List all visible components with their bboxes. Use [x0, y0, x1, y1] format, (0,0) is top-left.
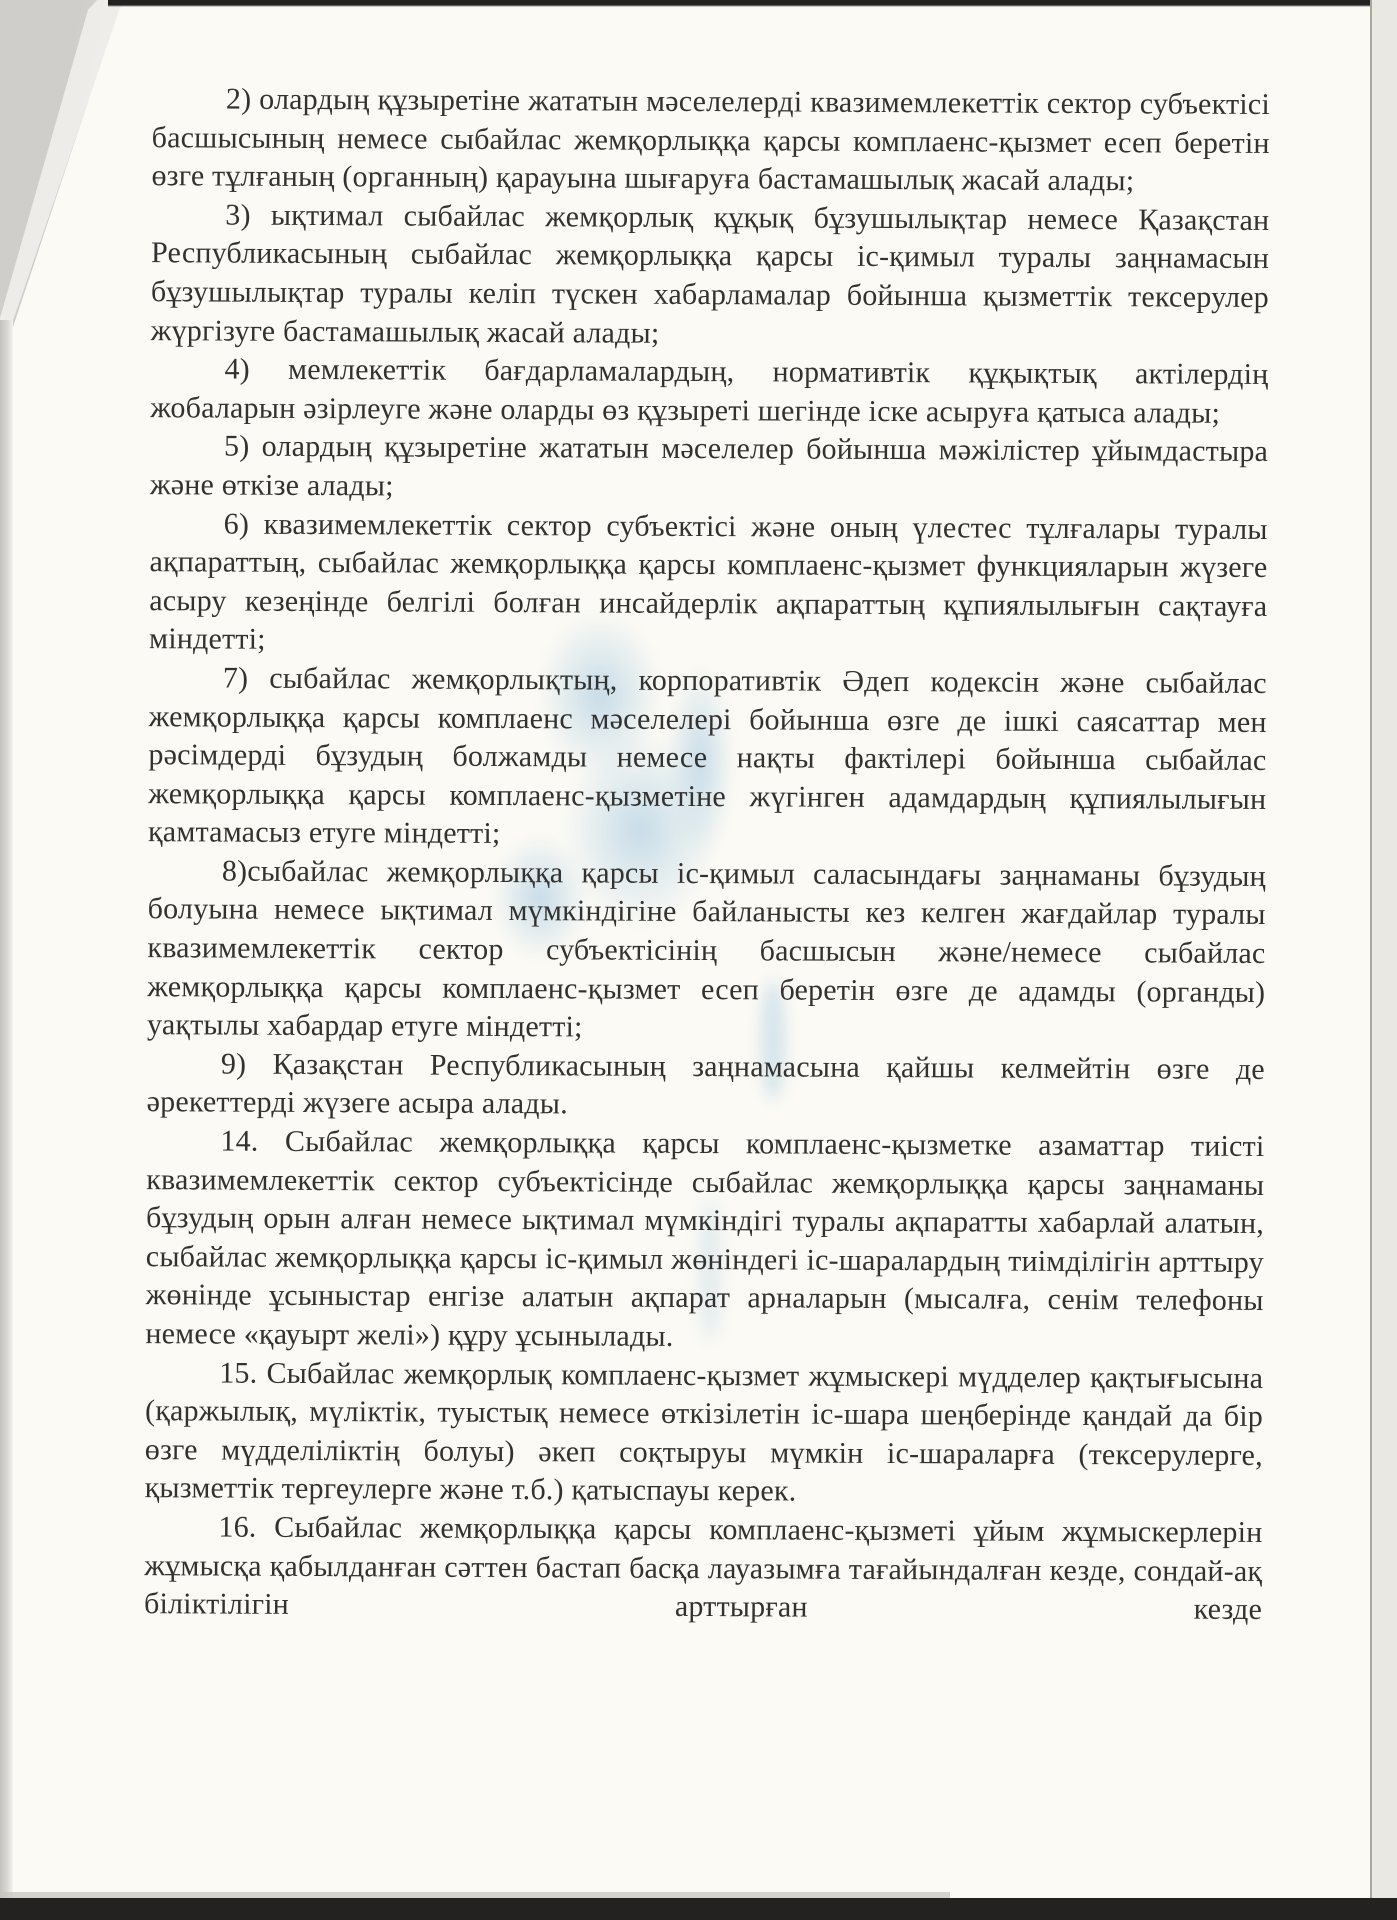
paragraph-clause-16: 16. Сыбайлас жемқорлыққа қарсы комплаенс… [144, 1508, 1263, 1630]
paragraph-item-4: 4) мемлекеттік бағдарламалардың, нормати… [150, 350, 1268, 433]
paragraph-item-3: 3) ықтимал сыбайлас жемқорлық құқық бұзу… [151, 196, 1270, 356]
scanner-edge-bottom [0, 1898, 1397, 1920]
paragraph-item-2: 2) олардың құзыретіне жататын мәселелерд… [151, 80, 1270, 202]
scanner-edge-left [0, 320, 13, 1920]
paragraph-item-9: 9) Қазақстан Республикасының заңнамасына… [147, 1045, 1265, 1128]
paragraph-clause-15: 15. Сыбайлас жемқорлық комплаенс-қызмет … [145, 1354, 1264, 1514]
paragraph-item-7: 7) сыбайлас жемқорлықтың, корпоративтік … [148, 659, 1267, 858]
scanned-page: 2) олардың құзыретіне жататын мәселелерд… [0, 0, 1397, 1920]
document-text: 2) олардың құзыретіне жататын мәселелерд… [144, 80, 1270, 1630]
paragraph-item-5: 5) олардың құзыретіне жататын мәселелер … [150, 427, 1268, 510]
scanner-edge-top [108, 0, 1397, 7]
scanner-edge-right [1370, 0, 1397, 1920]
paragraph-clause-14: 14. Сыбайлас жемқорлыққа қарсы комплаенс… [145, 1122, 1264, 1359]
paragraph-item-8: 8)сыбайлас жемқорлыққа қарсы іс-қимыл са… [147, 852, 1266, 1051]
paragraph-item-6: 6) квазимемлекеттік сектор субъектісі жә… [149, 505, 1268, 665]
